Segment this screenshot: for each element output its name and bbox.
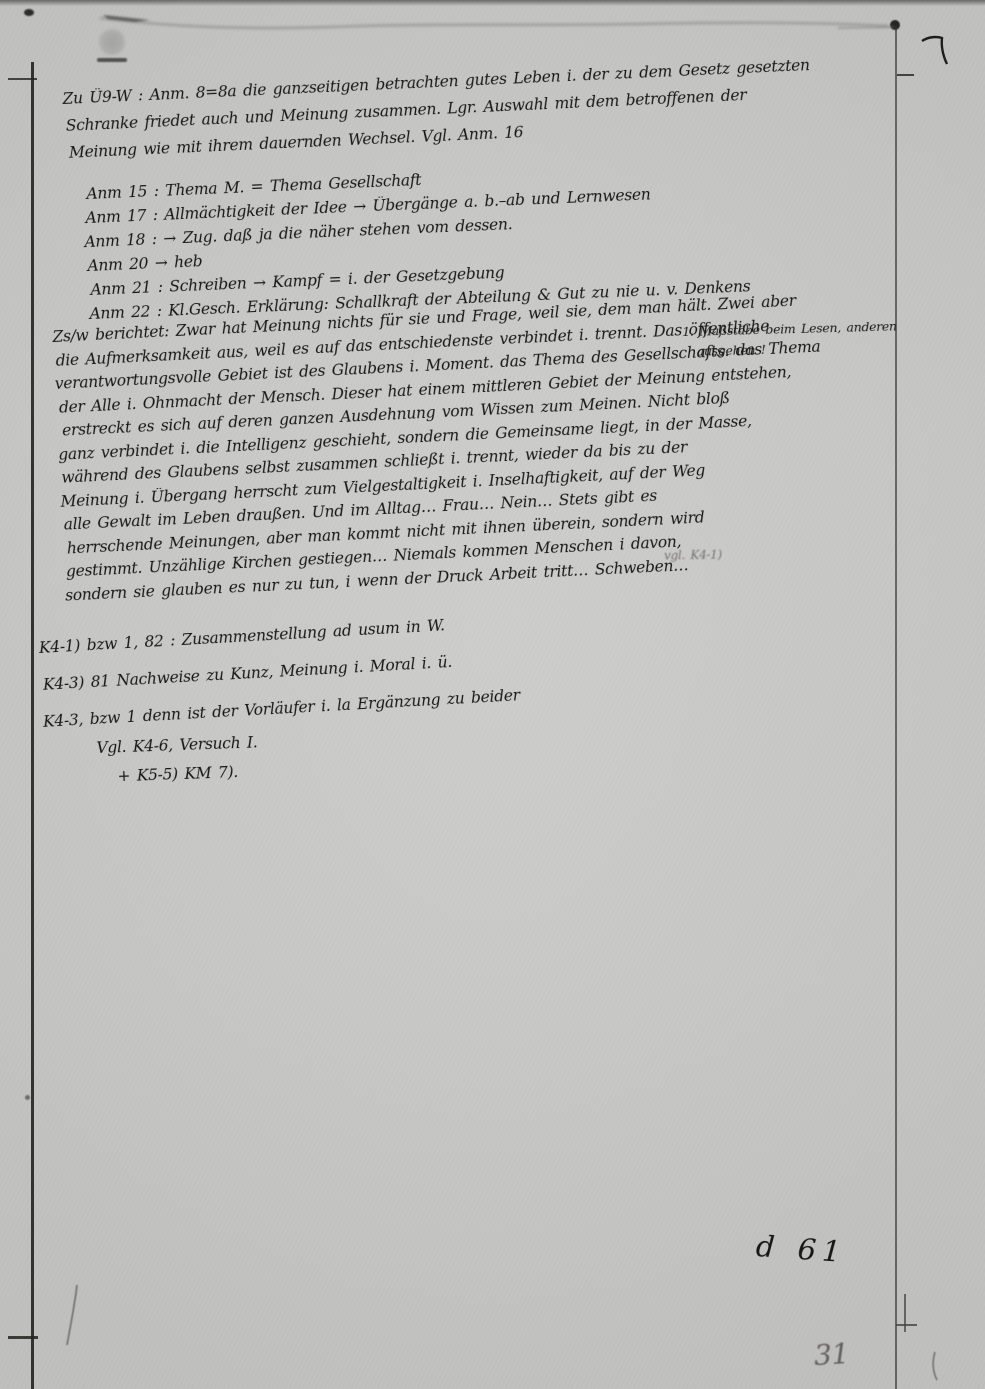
punch-hole-dash (97, 58, 127, 62)
k-reference-list: K4-1) bzw 1, 82 : Zusammenstellung ad us… (38, 603, 521, 740)
page-number: 31 (813, 1337, 850, 1372)
cross-reference-line: + K5-5) KM 7). (117, 757, 259, 791)
header-note: Zu Ü9-W : Anm. 8=8a die ganzseitigen bet… (62, 52, 813, 167)
right-top-fade-line (838, 24, 898, 32)
left-margin-dot (25, 1095, 30, 1100)
left-top-tick (8, 78, 37, 80)
folio-mark: d 61 (755, 1229, 848, 1269)
left-diagonal-mark (55, 1283, 85, 1353)
left-bottom-tick (8, 1336, 38, 1339)
bottom-right-tick (896, 1324, 917, 1326)
bottom-right-small-mark (925, 1350, 945, 1384)
bottom-right-pencil-line (904, 1294, 906, 1332)
cross-reference-note: Vgl. K4-6, Versuch I. + K5-5) KM 7). (96, 728, 259, 792)
corner-mark-icon (920, 32, 956, 72)
pencil-margin-note: vgl. K4-1) (664, 547, 722, 562)
scan-page: Zu Ü9-W : Anm. 8=8a die ganzseitigen bet… (0, 0, 985, 1389)
punch-hole (99, 29, 125, 55)
left-edge-line (31, 62, 34, 1389)
margin-note: 1. Maßstäbe beim Lesen, anderen ausgehen… (682, 316, 898, 362)
right-edge-line (895, 26, 897, 1389)
margin-note-line: ausgehen ! (697, 336, 898, 361)
top-smear-mark (0, 0, 985, 40)
right-top-tick (897, 74, 914, 76)
corner-smudge (24, 9, 34, 16)
